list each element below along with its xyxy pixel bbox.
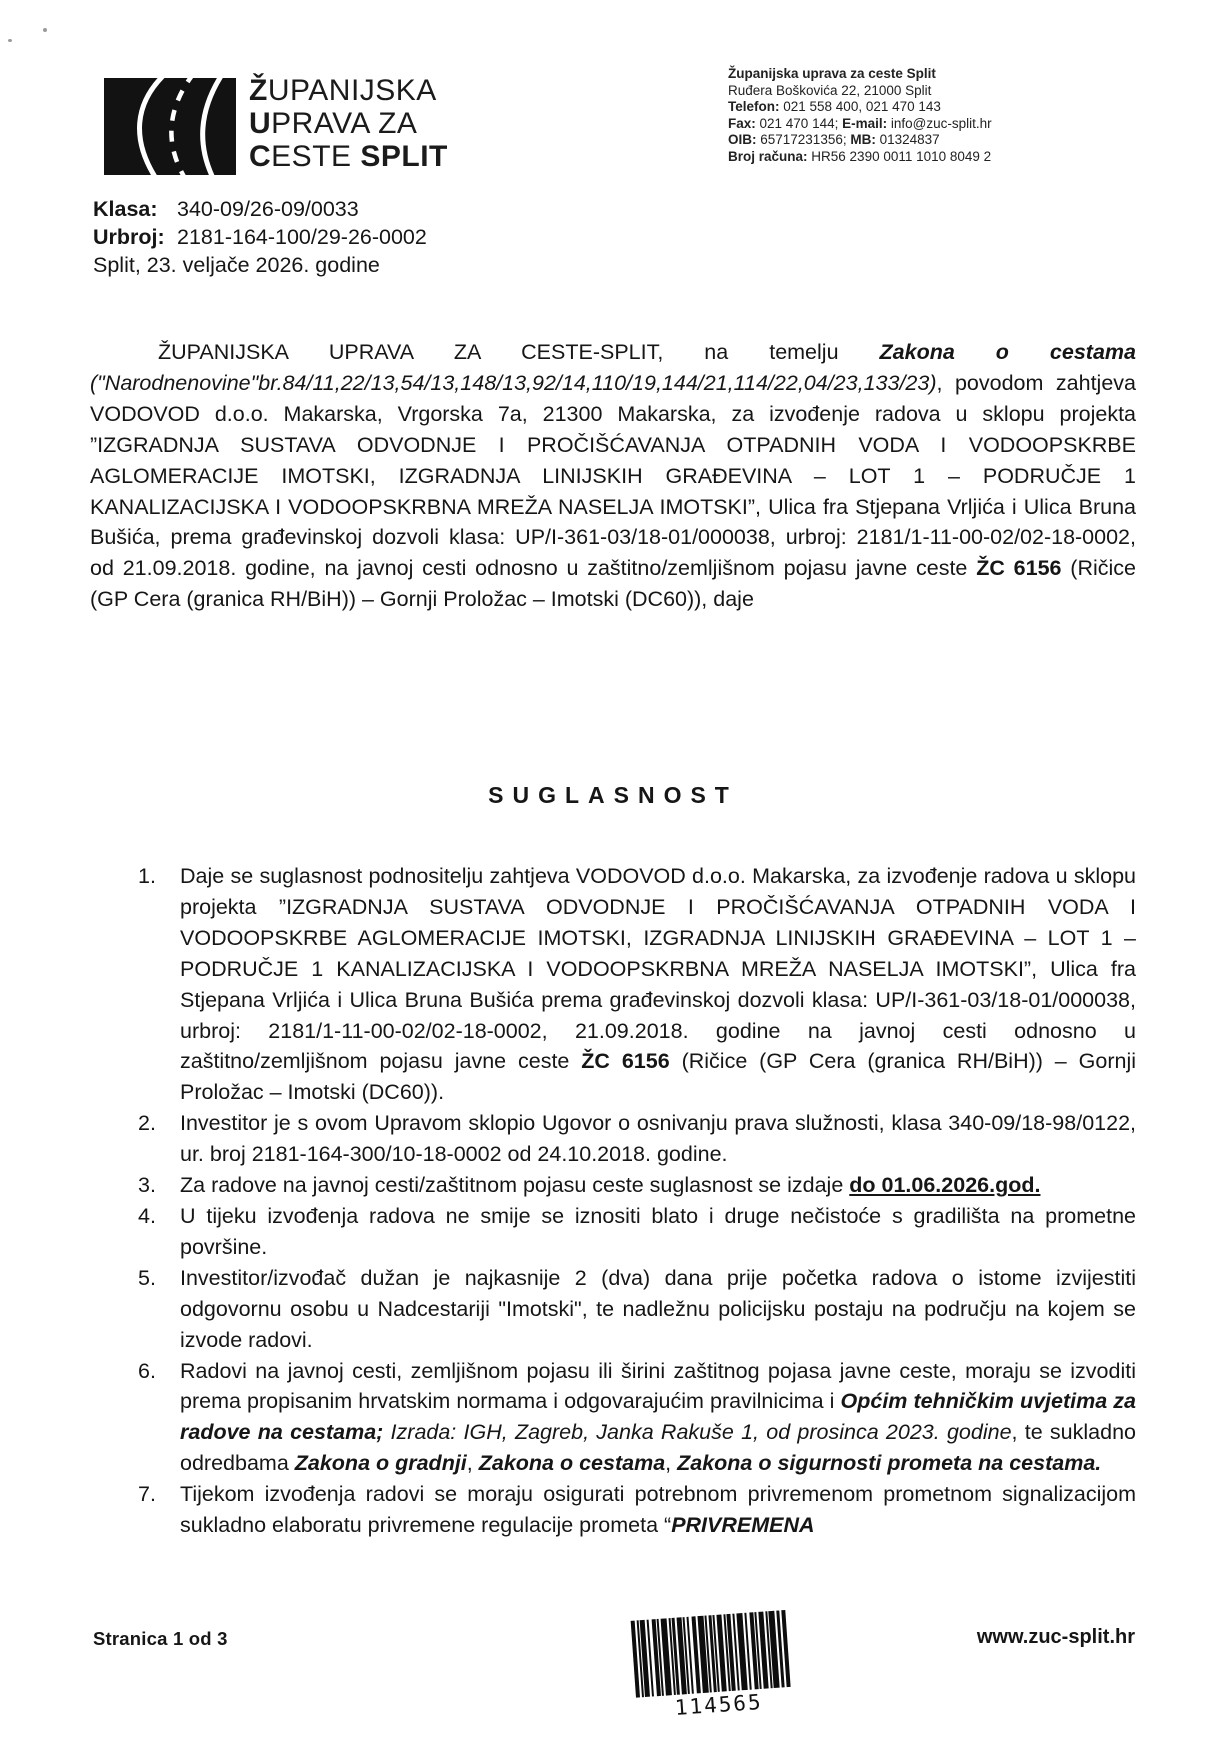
scan-speck — [43, 28, 47, 32]
meta-urbroj-value: 2181-164-100/29-26-0002 — [177, 225, 427, 249]
page-number: Stranica 1 od 3 — [93, 1628, 228, 1650]
list-item: 6.Radovi na javnoj cesti, zemljišnom poj… — [138, 1356, 1136, 1480]
document-meta: Klasa:340-09/26-09/0033 Urbroj:2181-164-… — [93, 195, 427, 279]
list-item-number: 3. — [138, 1170, 156, 1201]
contact-phone: Telefon: 021 558 400, 021 470 143 — [728, 99, 992, 116]
list-item-number: 6. — [138, 1356, 156, 1387]
contact-address: Ruđera Boškovića 22, 21000 Split — [728, 83, 992, 100]
contact-bank-account: Broj računa: HR56 2390 0011 1010 8049 2 — [728, 149, 992, 166]
contact-fax-email: Fax: 021 470 144; E-mail: info@zuc-split… — [728, 116, 992, 133]
logo-line-1: ŽUPANIJSKA — [249, 74, 448, 107]
list-item-number: 5. — [138, 1263, 156, 1294]
header-logo: ŽUPANIJSKA UPRAVA ZA CESTE SPLIT — [104, 78, 448, 175]
list-item-text: Investitor je s ovom Upravom sklopio Ugo… — [180, 1111, 1142, 1166]
list-item: 2.Investitor je s ovom Upravom sklopio U… — [138, 1108, 1136, 1170]
logo-line-3: CESTE SPLIT — [249, 140, 448, 173]
document-page: ŽUPANIJSKA UPRAVA ZA CESTE SPLIT Županij… — [0, 0, 1218, 1751]
list-item-text: Investitor/izvođač dužan je najkasnije 2… — [180, 1266, 1142, 1352]
meta-urbroj-label: Urbroj: — [93, 223, 177, 251]
logo-line-2: UPRAVA ZA — [249, 107, 448, 140]
page-title: SUGLASNOST — [90, 782, 1136, 809]
barcode-bars — [631, 1609, 800, 1697]
list-item-text: Daje se suglasnost podnositelju zahtjeva… — [180, 864, 1142, 1104]
list-item-number: 2. — [138, 1108, 156, 1139]
meta-klasa-value: 340-09/26-09/0033 — [177, 197, 359, 221]
list-item: 1.Daje se suglasnost podnositelju zahtje… — [138, 861, 1136, 1108]
meta-urbroj: Urbroj:2181-164-100/29-26-0002 — [93, 223, 427, 251]
logo-wordmark: ŽUPANIJSKA UPRAVA ZA CESTE SPLIT — [249, 74, 448, 173]
list-item: 4.U tijeku izvođenja radova ne smije se … — [138, 1201, 1136, 1263]
list-item: 7.Tijekom izvođenja radovi se moraju osi… — [138, 1479, 1136, 1541]
meta-place-date: Split, 23. veljače 2026. godine — [93, 251, 427, 279]
list-item: 5.Investitor/izvođač dužan je najkasnije… — [138, 1263, 1136, 1356]
scan-speck — [8, 39, 12, 42]
contact-org-name: Županijska uprava za ceste Split — [728, 66, 992, 83]
list-item-number: 4. — [138, 1201, 156, 1232]
meta-klasa: Klasa:340-09/26-09/0033 — [93, 195, 427, 223]
conditions-list: 1.Daje se suglasnost podnositelju zahtje… — [138, 861, 1136, 1541]
list-item-text: Za radove na javnoj cesti/zaštitnom poja… — [180, 1173, 1040, 1197]
intro-paragraph: ŽUPANIJSKA UPRAVA ZA CESTE-SPLIT, na tem… — [90, 337, 1136, 615]
website-url: www.zuc-split.hr — [935, 1626, 1135, 1649]
barcode: 114565 — [631, 1609, 802, 1722]
list-item-text: U tijeku izvođenja radova ne smije se iz… — [180, 1204, 1142, 1259]
contact-block: Županijska uprava za ceste Split Ruđera … — [728, 66, 992, 166]
road-logo-icon — [104, 78, 236, 175]
list-item-number: 7. — [138, 1479, 156, 1510]
contact-oib-mb: OIB: 65717231356; MB: 01324837 — [728, 132, 992, 149]
list-item-text: Radovi na javnoj cesti, zemljišnom pojas… — [180, 1359, 1142, 1476]
list-item-number: 1. — [138, 861, 156, 892]
list-item: 3.Za radove na javnoj cesti/zaštitnom po… — [138, 1170, 1136, 1201]
meta-klasa-label: Klasa: — [93, 195, 177, 223]
list-item-text: Tijekom izvođenja radovi se moraju osigu… — [180, 1482, 1142, 1537]
